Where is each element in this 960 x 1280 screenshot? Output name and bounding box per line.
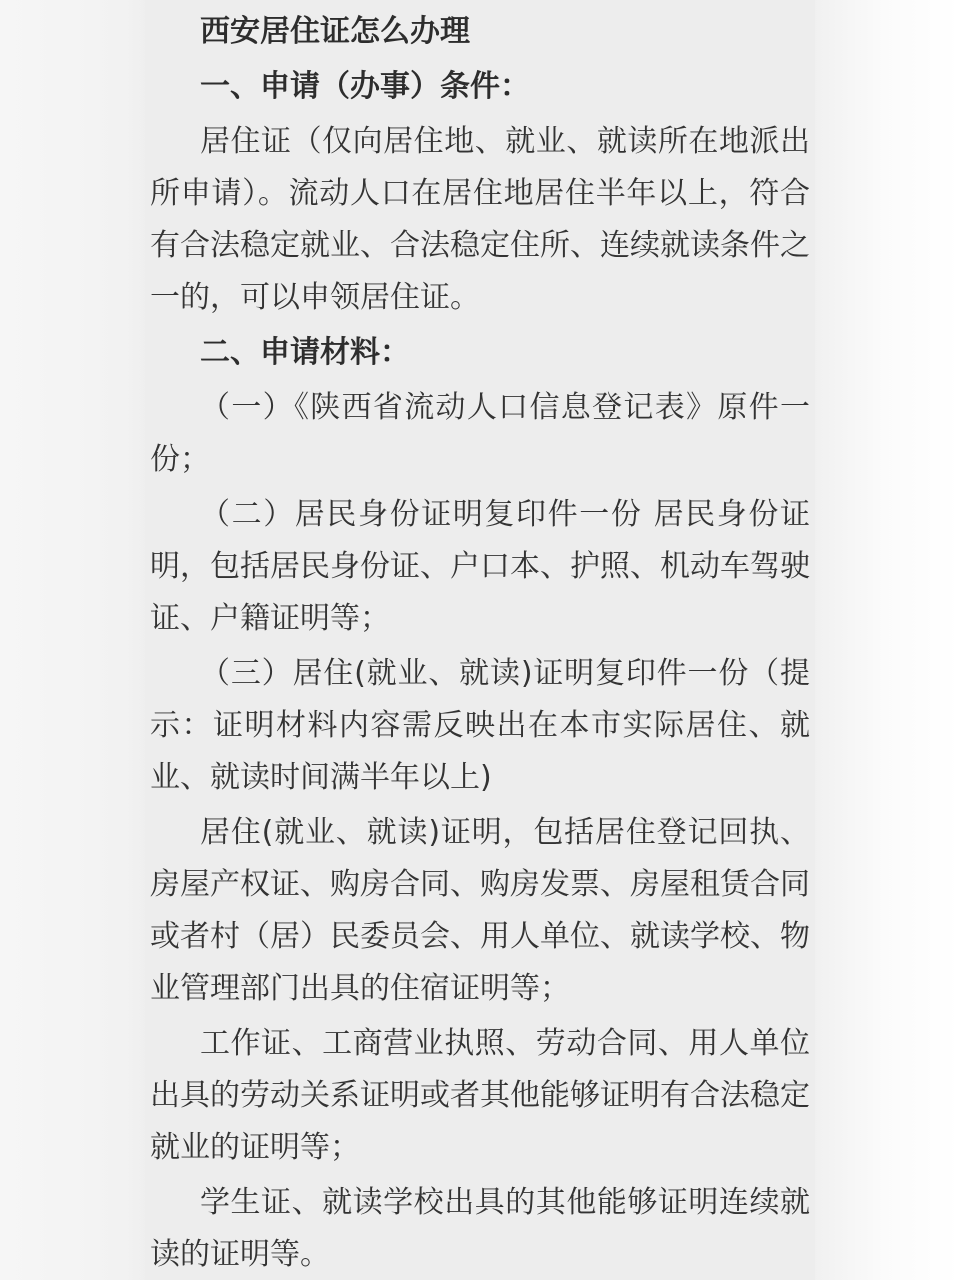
paragraph-conditions: 居住证（仅向居住地、就业、就读所在地派出所申请）。流动人口在居住地居住半年以上，… xyxy=(150,116,810,324)
paragraph-material-2: （二）居民身份证明复印件一份 居民身份证明，包括居民身份证、户口本、护照、机动车… xyxy=(150,489,810,645)
paragraph-student-proof: 学生证、就读学校出具的其他能够证明连续就读的证明等。 xyxy=(150,1177,810,1280)
page-title: 西安居住证怎么办理 xyxy=(150,6,810,58)
section-heading-conditions: 一、申请（办事）条件： xyxy=(150,61,810,113)
paragraph-material-3: （三）居住(就业、就读)证明复印件一份（提示：证明材料内容需反映出在本市实际居住… xyxy=(150,648,810,804)
paragraph-employment-proof: 工作证、工商营业执照、劳动合同、用人单位出具的劳动关系证明或者其他能够证明有合法… xyxy=(150,1018,810,1174)
paragraph-residence-proof: 居住(就业、就读)证明，包括居住登记回执、房屋产权证、购房合同、购房发票、房屋租… xyxy=(150,807,810,1015)
section-heading-materials: 二、申请材料： xyxy=(150,327,810,379)
paragraph-material-1: （一）《陕西省流动人口信息登记表》原件一份； xyxy=(150,382,810,486)
document-page: 西安居住证怎么办理 一、申请（办事）条件： 居住证（仅向居住地、就业、就读所在地… xyxy=(145,0,815,1280)
